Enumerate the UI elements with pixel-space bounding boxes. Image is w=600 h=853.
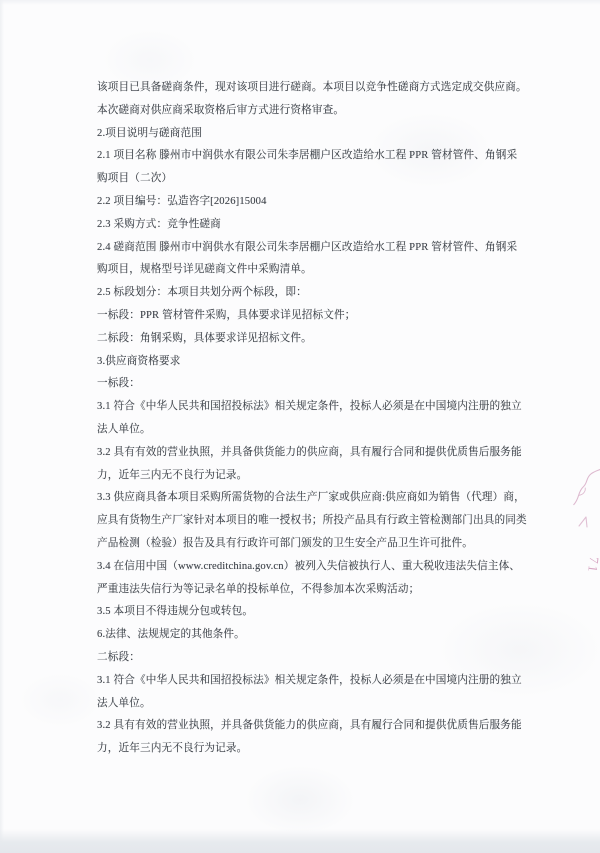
text-line: 2.5 标段划分：本项目共划分两个标段，即： [97, 282, 527, 305]
handwritten-scribble-mark [567, 464, 600, 515]
text-line: 6.法律、法规规定的其他条件。 [97, 624, 527, 647]
text-line: 3.1 符合《中华人民共和国招投标法》相关规定条件，投标人必须是在中国境内注册的… [97, 670, 527, 693]
page-bottom-shadow [0, 829, 600, 853]
text-line: 3.4 在信用中国（www.creditchina.gov.cn）被列入失信被执… [97, 556, 527, 579]
text-line: 3.2 具有有效的营业执照，并具备供货能力的供应商，具有履行合同和提供优质售后服… [97, 442, 527, 465]
page-top-shadow [0, 0, 600, 5]
text-line: 法人单位。 [97, 693, 527, 716]
text-line: 2.2 项目编号：弘造咨字[2026]15004 [97, 191, 527, 214]
document-lines: 该项目已具备磋商条件，现对该项目进行磋商。本项目以竞争性磋商方式选定成交供应商。… [97, 77, 527, 761]
scanned-document-page: 该项目已具备磋商条件，现对该项目进行磋商。本项目以竞争性磋商方式选定成交供应商。… [0, 0, 600, 853]
text-line: 3.1 符合《中华人民共和国招投标法》相关规定条件，投标人必须是在中国境内注册的… [97, 396, 527, 419]
text-line: 2.4 磋商范围 滕州市中润供水有限公司朱李居棚户区改造给水工程 PPR 管材管… [97, 237, 527, 260]
text-line: 3.供应商资格要求 [97, 351, 527, 374]
text-line: 应具有货物生产厂家针对本项目的唯一授权书；所投产品具有行政主管检测部门出具的同类 [97, 510, 527, 533]
text-line: 3.5 本项目不得违规分包或转包。 [97, 601, 527, 624]
text-line: 二标段： [97, 647, 527, 670]
text-line: 2.项目说明与磋商范围 [97, 123, 527, 146]
text-line: 购项目，规格型号详见磋商文件中采购清单。 [97, 259, 527, 282]
page-left-shadow [0, 0, 4, 853]
text-line: 购项目（二次） [97, 168, 527, 191]
text-line: 力，近年三内无不良行为记录。 [97, 465, 527, 488]
text-line: 3.3 供应商具备本项目采购所需货物的合法生产厂家或供应商:供应商如为销售（代理… [97, 487, 527, 510]
text-line: 一标段： [97, 373, 527, 396]
text-line: 一标段：PPR 管材管件采购，具体要求详见招标文件； [97, 305, 527, 328]
text-line: 2.3 采购方式：竞争性磋商 [97, 214, 527, 237]
text-line: 2.1 项目名称 滕州市中润供水有限公司朱李居棚户区改造给水工程 PPR 管材管… [97, 145, 527, 168]
handwritten-tick-mark [577, 514, 593, 535]
text-line: 3.2 具有有效的营业执照，并具备供货能力的供应商，具有履行合同和提供优质售后服… [97, 715, 527, 738]
text-line: 严重违法失信行为等记录名单的投标单位，不得参加本次采购活动； [97, 579, 527, 602]
text-line: 二标段：角钢采购，具体要求详见招标文件。 [97, 328, 527, 351]
text-line: 本次磋商对供应商采取资格后审方式进行资格审查。 [97, 100, 527, 123]
text-line: 该项目已具备磋商条件，现对该项目进行磋商。本项目以竞争性磋商方式选定成交供应商。 [97, 77, 527, 100]
text-line: 产品检测（检验）报告及具有行政许可部门颁发的卫生安全产品卫生许可批件。 [97, 533, 527, 556]
text-line: 法人单位。 [97, 419, 527, 442]
handwritten-71-mark: 71 [570, 554, 600, 576]
text-line: 力，近年三内无不良行为记录。 [97, 738, 527, 761]
